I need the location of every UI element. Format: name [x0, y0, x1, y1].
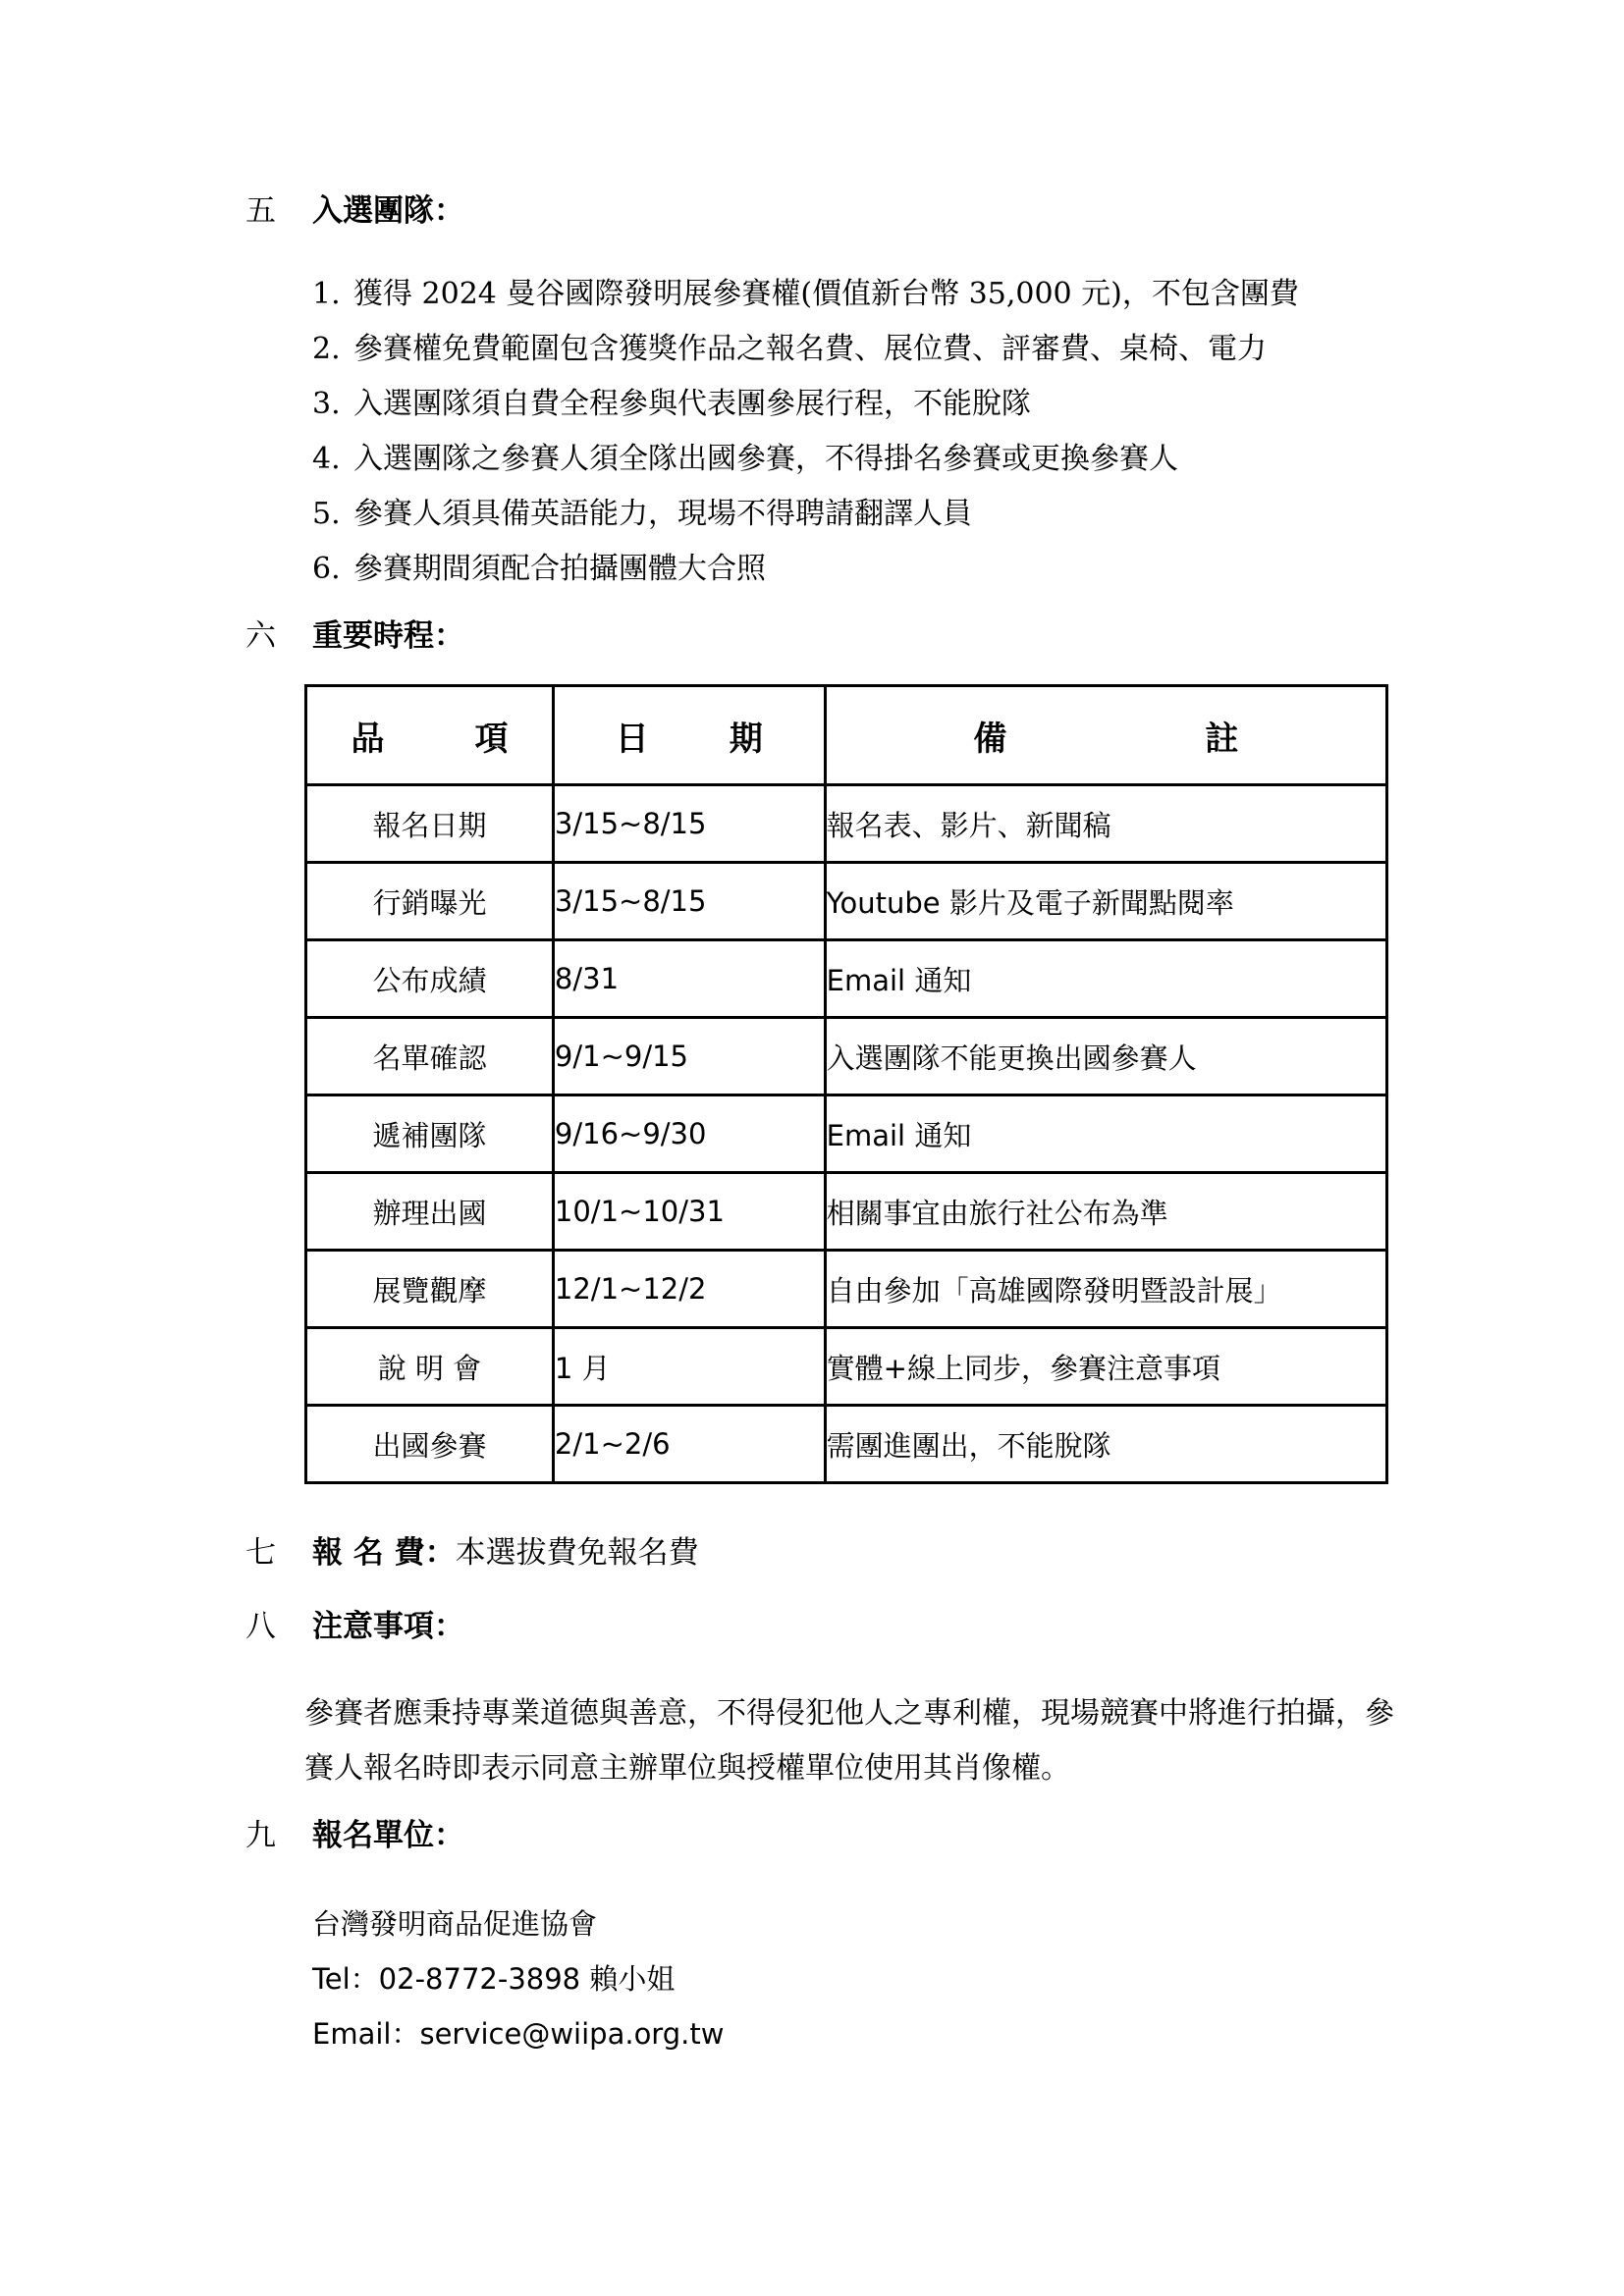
section-6-heading: 六重要時程： [245, 616, 464, 656]
list-item: 5.參賽人須具備英語能力，現場不得聘請翻譯人員 [312, 492, 1299, 547]
list-item: 3.入選團隊須自費全程參與代表團參展行程，不能脫隊 [312, 382, 1299, 437]
cell-item: 公布成績 [306, 940, 554, 1018]
table-header-row: 品項 日期 備註 [306, 686, 1387, 785]
cell-item: 遞補團隊 [306, 1095, 554, 1173]
cell-date: 9/16~9/30 [553, 1095, 825, 1173]
table-row: 說 明 會 1 月 實體+線上同步，參賽注意事項 [306, 1328, 1387, 1406]
list-text: 入選團隊之參賽人須全隊出國參賽，不得掛名參賽或更換參賽人 [353, 442, 1178, 476]
table-row: 遞補團隊 9/16~9/30 Email 通知 [306, 1095, 1387, 1173]
list-text: 參賽期間須配合拍攝團體大合照 [353, 552, 766, 586]
table-row: 行銷曝光 3/15~8/15 Youtube 影片及電子新聞點閱率 [306, 863, 1387, 940]
list-item: 4.入選團隊之參賽人須全隊出國參賽，不得掛名參賽或更換參賽人 [312, 437, 1299, 492]
list-index: 2. [312, 327, 353, 372]
section-5-heading: 五入選團隊： [245, 191, 464, 231]
cell-date: 9/1~9/15 [553, 1018, 825, 1095]
contact-email: Email：service@wiipa.org.tw [312, 2006, 724, 2061]
cell-item: 展覽觀摩 [306, 1251, 554, 1328]
list-index: 5. [312, 492, 353, 537]
cell-date: 2/1~2/6 [553, 1406, 825, 1483]
list-text: 獲得 2024 曼谷國際發明展參賽權(價值新台幣 35,000 元)，不包含團費 [353, 277, 1299, 311]
cell-item: 說 明 會 [306, 1328, 554, 1406]
list-index: 4. [312, 437, 353, 482]
cell-note: 需團進團出，不能脫隊 [825, 1406, 1386, 1483]
cell-note: 自由參加「高雄國際發明暨設計展」 [825, 1251, 1386, 1328]
cell-date: 3/15~8/15 [553, 785, 825, 863]
cell-date: 3/15~8/15 [553, 863, 825, 940]
cell-note: Youtube 影片及電子新聞點閱率 [825, 863, 1386, 940]
cell-note: 實體+線上同步，參賽注意事項 [825, 1328, 1386, 1406]
header-note: 備註 [825, 686, 1386, 785]
notice-paragraph: 參賽者應秉持專業道德與善意，不得侵犯他人之專利權，現場競賽中將進行拍攝，參賽人報… [304, 1686, 1394, 1796]
section-7-heading: 七報 名 費：本選拔費免報名費 [245, 1533, 699, 1573]
cell-date: 12/1~12/2 [553, 1251, 825, 1328]
cell-note: 相關事宜由旅行社公布為準 [825, 1173, 1386, 1251]
section-title: 注意事項： [312, 1609, 464, 1644]
cell-note: 入選團隊不能更換出國參賽人 [825, 1018, 1386, 1095]
list-item: 1.獲得 2024 曼谷國際發明展參賽權(價值新台幣 35,000 元)，不包含… [312, 272, 1299, 327]
section-number: 九 [245, 1816, 312, 1855]
section-8-heading: 八注意事項： [245, 1607, 464, 1646]
contact-tel: Tel：02-8772-3898 賴小姐 [312, 1951, 675, 2006]
cell-item: 行銷曝光 [306, 863, 554, 940]
section-title: 報 名 費： [312, 1535, 456, 1571]
list-index: 6. [312, 547, 353, 592]
section-body: 本選拔費免報名費 [456, 1535, 699, 1571]
list-index: 1. [312, 272, 353, 317]
cell-item: 出國參賽 [306, 1406, 554, 1483]
cell-item: 報名日期 [306, 785, 554, 863]
table-row: 報名日期 3/15~8/15 報名表、影片、新聞稿 [306, 785, 1387, 863]
document-page: 五入選團隊： 1.獲得 2024 曼谷國際發明展參賽權(價值新台幣 35,000… [0, 0, 1624, 2296]
section-number: 六 [245, 616, 312, 656]
list-text: 參賽權免費範圍包含獲獎作品之報名費、展位費、評審費、桌椅、電力 [353, 332, 1267, 366]
list-text: 參賽人須具備英語能力，現場不得聘請翻譯人員 [353, 497, 972, 531]
table-row: 名單確認 9/1~9/15 入選團隊不能更換出國參賽人 [306, 1018, 1387, 1095]
list-item: 6.參賽期間須配合拍攝團體大合照 [312, 547, 1299, 602]
table-row: 公布成績 8/31 Email 通知 [306, 940, 1387, 1018]
section-9-heading: 九報名單位： [245, 1816, 464, 1855]
section-title: 入選團隊： [312, 193, 464, 229]
header-date: 日期 [553, 686, 825, 785]
cell-item: 名單確認 [306, 1018, 554, 1095]
section-number: 七 [245, 1533, 312, 1573]
section-title: 重要時程： [312, 618, 464, 654]
selected-team-list: 1.獲得 2024 曼谷國際發明展參賽權(價值新台幣 35,000 元)，不包含… [312, 272, 1299, 602]
cell-date: 1 月 [553, 1328, 825, 1406]
cell-note: Email 通知 [825, 1095, 1386, 1173]
table-row: 展覽觀摩 12/1~12/2 自由參加「高雄國際發明暨設計展」 [306, 1251, 1387, 1328]
cell-item: 辦理出國 [306, 1173, 554, 1251]
cell-date: 8/31 [553, 940, 825, 1018]
table-row: 辦理出國 10/1~10/31 相關事宜由旅行社公布為準 [306, 1173, 1387, 1251]
schedule-table: 品項 日期 備註 報名日期 3/15~8/15 報名表、影片、新聞稿 行銷曝光 … [304, 684, 1388, 1484]
table-row: 出國參賽 2/1~2/6 需團進團出，不能脫隊 [306, 1406, 1387, 1483]
list-text: 入選團隊須自費全程參與代表團參展行程，不能脫隊 [353, 387, 1031, 421]
list-item: 2.參賽權免費範圍包含獲獎作品之報名費、展位費、評審費、桌椅、電力 [312, 327, 1299, 382]
section-title: 報名單位： [312, 1818, 464, 1853]
organization-name: 台灣發明商品促進協會 [312, 1896, 597, 1951]
list-index: 3. [312, 382, 353, 427]
cell-note: Email 通知 [825, 940, 1386, 1018]
cell-note: 報名表、影片、新聞稿 [825, 785, 1386, 863]
section-number: 八 [245, 1607, 312, 1646]
section-number: 五 [245, 191, 312, 231]
header-item: 品項 [306, 686, 554, 785]
cell-date: 10/1~10/31 [553, 1173, 825, 1251]
